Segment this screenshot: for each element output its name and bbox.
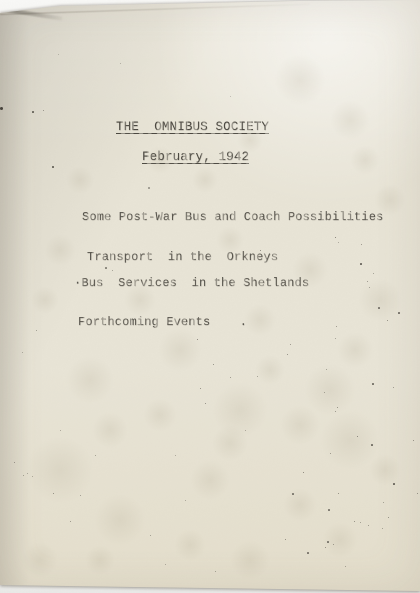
content-line-orkneys: Transport in the Orkneys <box>87 250 278 264</box>
content-line-possibilities: Some Post-War Bus and Coach Possibilitie… <box>82 210 383 224</box>
content-line-forthcoming-events: Forthcoming Events . <box>78 315 247 329</box>
page-date: February, 1942 <box>142 150 249 164</box>
content-line-shetlands: ·Bus Services in the Shetlands <box>74 276 309 290</box>
page-title: THE OMNIBUS SOCIETY <box>116 120 269 134</box>
paper-top-edge <box>0 3 310 14</box>
scanned-document-photo: THE OMNIBUS SOCIETY February, 1942 Some … <box>0 0 420 593</box>
paper-shadow-wrap: THE OMNIBUS SOCIETY February, 1942 Some … <box>0 0 420 593</box>
document-page: THE OMNIBUS SOCIETY February, 1942 Some … <box>0 0 420 593</box>
